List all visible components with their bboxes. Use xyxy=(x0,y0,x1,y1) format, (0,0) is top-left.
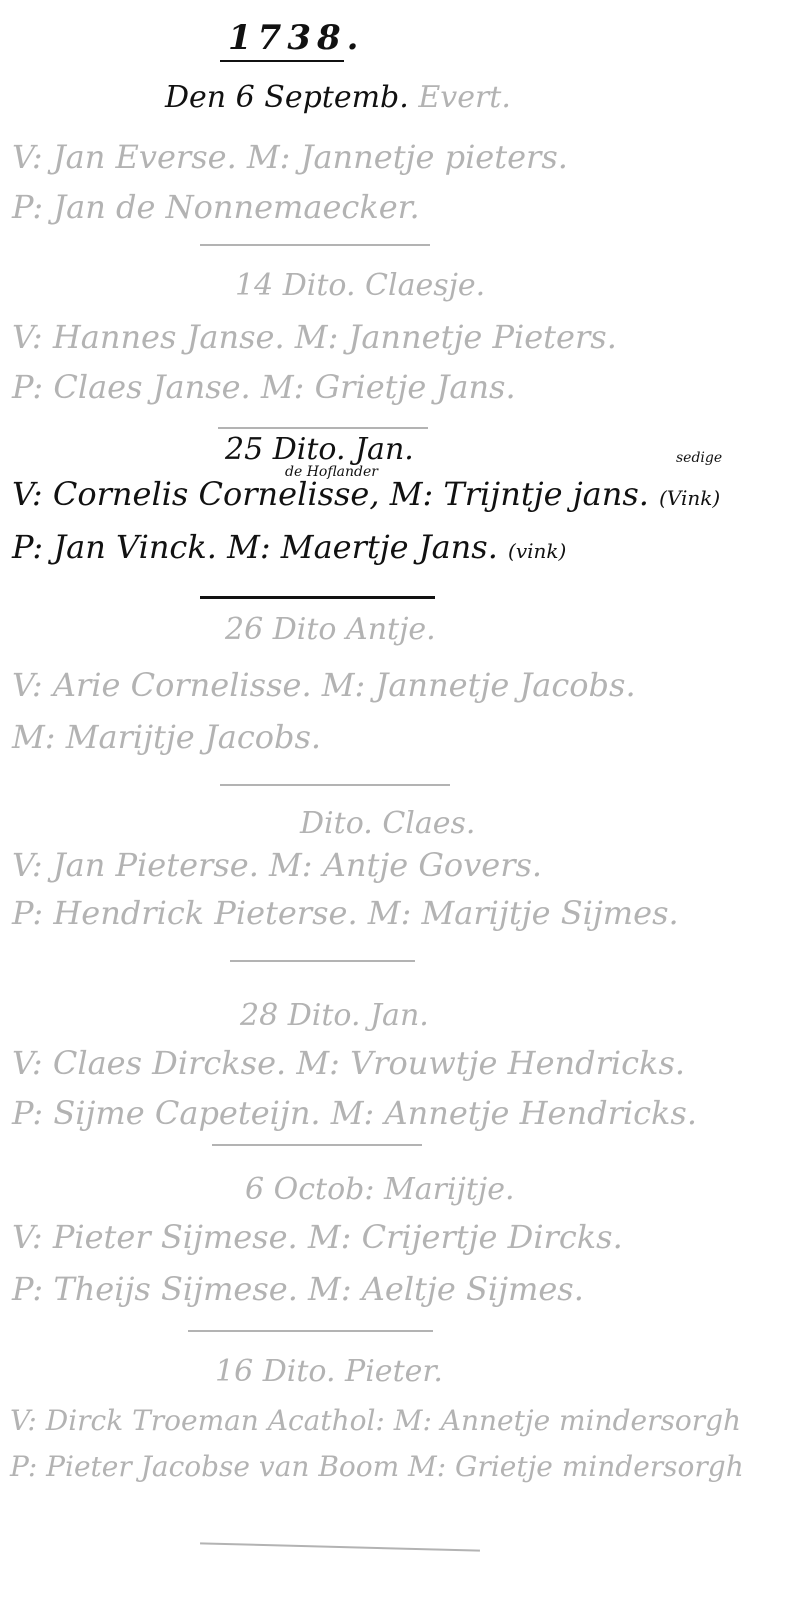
entry-divider xyxy=(220,784,450,786)
entry-child-name: Claesje. xyxy=(365,268,485,303)
entry-line: V: Dirck Troeman Acathol: M: Annetje min… xyxy=(10,1404,741,1437)
entry-child-name: Evert. xyxy=(418,80,511,115)
entry-line: V: Pieter Sijmese. M: Crijertje Dircks. xyxy=(12,1218,623,1256)
entry-date: 16 Dito. xyxy=(215,1354,335,1389)
entry-heading: 28 Dito. Jan. xyxy=(240,998,429,1033)
entry-line: V: Claes Dirckse. M: Vrouwtje Hendricks. xyxy=(12,1044,685,1082)
entry-line: V: Hannes Janse. M: Jannetje Pieters. xyxy=(12,318,617,356)
annotation-above-vink: sedige xyxy=(676,450,722,466)
entry-date: 6 Octob: xyxy=(245,1172,374,1207)
year-underline xyxy=(220,60,344,62)
entry-line: V: Jan Everse. M: Jannetje pieters. xyxy=(12,138,568,176)
entry-divider xyxy=(200,1542,480,1551)
entry-child-name: Antje. xyxy=(346,612,436,647)
entry-heading: 25 Dito. Jan. xyxy=(225,432,414,467)
entry-divider xyxy=(230,960,415,962)
entry-date: 25 Dito. xyxy=(225,432,345,467)
register-page: 1738. Den 6 Septemb. Evert. V: Jan Evers… xyxy=(0,0,800,1600)
entry-line: P: Claes Janse. M: Grietje Jans. xyxy=(12,368,516,406)
entry-line: P: Pieter Jacobse van Boom M: Grietje mi… xyxy=(10,1450,744,1483)
entry-line: V: Jan Pieterse. M: Antje Govers. xyxy=(12,846,542,884)
entry-heading: 16 Dito. Pieter. xyxy=(215,1354,443,1389)
entry-child-name: Jan. xyxy=(370,998,429,1033)
parenthetical: (Vink) xyxy=(659,486,720,510)
entry-divider xyxy=(200,596,435,599)
entry-date: 28 Dito. xyxy=(240,998,360,1033)
entry-line: P: Hendrick Pieterse. M: Marijtje Sijmes… xyxy=(12,894,679,932)
entry-divider xyxy=(188,1330,433,1332)
page-year: 1738. xyxy=(228,18,364,58)
entry-line: V: Cornelis Cornelisse, M: Trijntje jans… xyxy=(12,475,720,513)
entry-heading: Den 6 Septemb. Evert. xyxy=(165,80,511,115)
entry-heading: 26 Dito Antje. xyxy=(225,612,436,647)
entry-line: P: Jan Vinck. M: Maertje Jans. (vink) xyxy=(12,528,566,566)
entry-date: 14 Dito. xyxy=(235,268,355,303)
entry-date: 26 Dito xyxy=(225,612,336,647)
entry-child-name: Claes. xyxy=(382,806,475,841)
entry-heading: 6 Octob: Marijtje. xyxy=(245,1172,515,1207)
parenthetical: (vink) xyxy=(508,539,566,563)
entry-divider xyxy=(200,244,430,246)
entry-child-name: Pieter. xyxy=(345,1354,443,1389)
entry-child-name: Jan. xyxy=(355,432,414,467)
entry-date: Dito. xyxy=(300,806,373,841)
entry-line: P: Sijme Capeteijn. M: Annetje Hendricks… xyxy=(12,1094,697,1132)
entry-line: P: Theijs Sijmese. M: Aeltje Sijmes. xyxy=(12,1270,584,1308)
entry-line: P: Jan de Nonnemaecker. xyxy=(12,188,420,226)
entry-heading: 14 Dito. Claesje. xyxy=(235,268,485,303)
entry-child-name: Marijtje. xyxy=(384,1172,515,1207)
entry-line: M: Marijtje Jacobs. xyxy=(12,718,321,756)
entry-divider xyxy=(212,1144,422,1146)
entry-heading: Dito. Claes. xyxy=(300,806,475,841)
entry-line: V: Arie Cornelisse. M: Jannetje Jacobs. xyxy=(12,666,636,704)
entry-date: Den 6 Septemb. xyxy=(165,80,409,115)
entry-divider xyxy=(218,427,428,429)
